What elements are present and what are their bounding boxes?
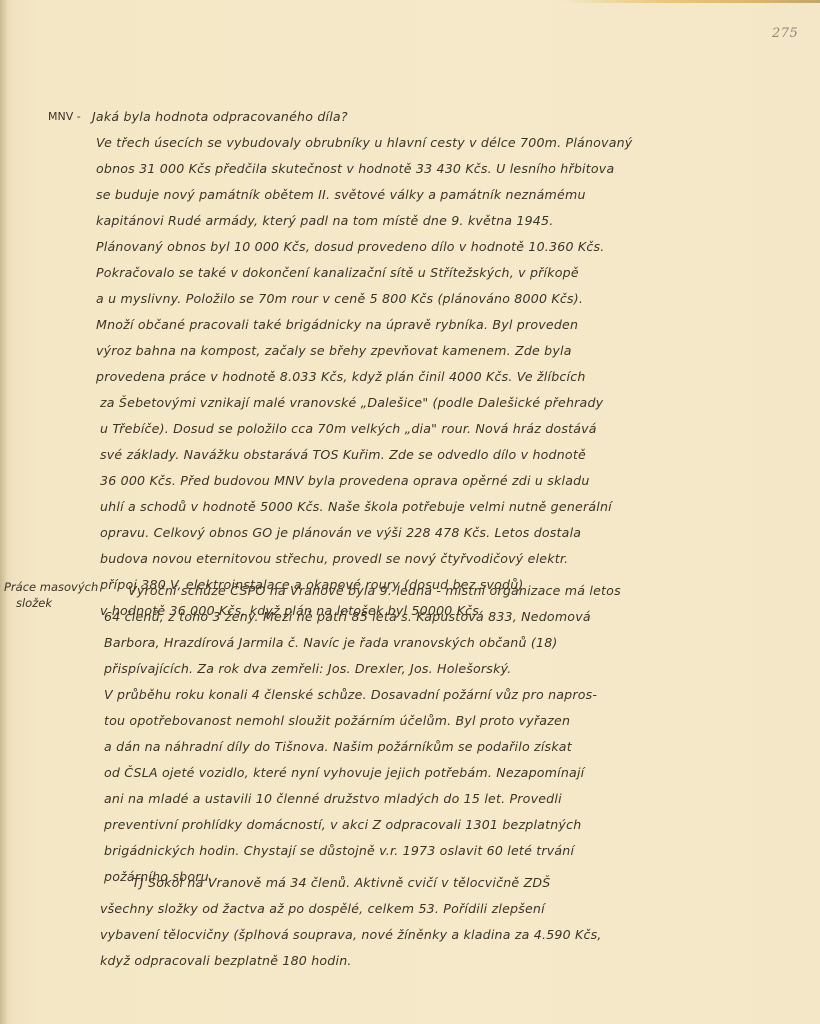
binding-shadow — [0, 0, 8, 1024]
document-page: 275 MNV - Jaká byla hodnota odpracovanéh… — [0, 0, 820, 1024]
text-line: Výroční schůze ČSPO na Vranově byla 9. l… — [128, 585, 621, 598]
text-line: provedena práce v hodnotě 8.033 Kčs, kdy… — [96, 371, 586, 384]
text-line: vybavení tělocvičny (šplhová souprava, n… — [100, 929, 602, 942]
text-line: kapitánovi Rudé armády, který padl na to… — [96, 215, 553, 228]
text-line: 36 000 Kčs. Před budovou MNV byla proved… — [100, 475, 590, 488]
text-line: a dán na náhradní díly do Tišnova. Našim… — [104, 741, 572, 754]
text-line: preventivní prohlídky domácností, v akci… — [104, 819, 581, 832]
text-line: se buduje nový památník obětem II. světo… — [96, 189, 586, 202]
text-line: u Třebíče). Dosud se položilo cca 70m ve… — [100, 423, 597, 436]
text-line: brigádnických hodin. Chystají se důstojn… — [104, 845, 574, 858]
margin-label-mass-organizations: Práce masových — [4, 580, 98, 594]
page-edge-strip — [560, 0, 820, 3]
text-line: tou opotřebovanost nemohl sloužit požárn… — [104, 715, 570, 728]
text-line: V průběhu roku konali 4 členské schůze. … — [104, 689, 597, 702]
text-line: Plánovaný obnos byl 10 000 Kčs, dosud pr… — [96, 241, 604, 254]
text-line: TJ Sokol na Vranově má 34 členů. Aktivně… — [132, 877, 551, 890]
text-line: všechny složky od žactva až po dospělé, … — [100, 903, 545, 916]
text-line: od ČSLA ojeté vozidlo, které nyní vyhovu… — [104, 767, 584, 780]
page-number: 275 — [772, 26, 798, 41]
text-line: když odpracovali bezplatně 180 hodin. — [100, 955, 352, 968]
margin-label-mass-organizations-2: složek — [16, 596, 52, 610]
text-line: Barbora, Hrazdírová Jarmila č. Navíc je … — [104, 637, 558, 650]
text-line: opravu. Celkový obnos GO je plánován ve … — [100, 527, 581, 540]
text-line: obnos 31 000 Kčs předčila skutečnost v h… — [96, 163, 614, 176]
text-line: své základy. Navážku obstarává TOS Kuřim… — [100, 449, 586, 462]
text-line: Pokračovalo se také v dokončení kanaliza… — [96, 267, 579, 280]
text-line: a u myslivny. Položilo se 70m rour v cen… — [96, 293, 583, 306]
text-line: ani na mladé a ustavili 10 členné družst… — [104, 793, 562, 806]
text-line: výroz bahna na kompost, začaly se břehy … — [96, 345, 572, 358]
margin-label-mnv: MNV - — [48, 110, 81, 123]
text-line: přispívajících. Za rok dva zemřeli: Jos.… — [104, 663, 511, 676]
text-line: za Šebetovými vznikají malé vranovské „D… — [100, 397, 603, 410]
text-line: Množí občané pracovali také brigádnicky … — [96, 319, 578, 332]
text-line: Ve třech úsecích se vybudovaly obrubníky… — [96, 137, 632, 150]
text-line: Jaká byla hodnota odpracovaného díla? — [92, 111, 348, 124]
text-line: 64 členů, z toho 3 ženy. Mezi ně patří 8… — [104, 611, 591, 624]
text-line: uhlí a schodů v hodnotě 5000 Kčs. Naše š… — [100, 501, 612, 514]
text-line: budova novou eternitovou střechu, proved… — [100, 553, 568, 566]
